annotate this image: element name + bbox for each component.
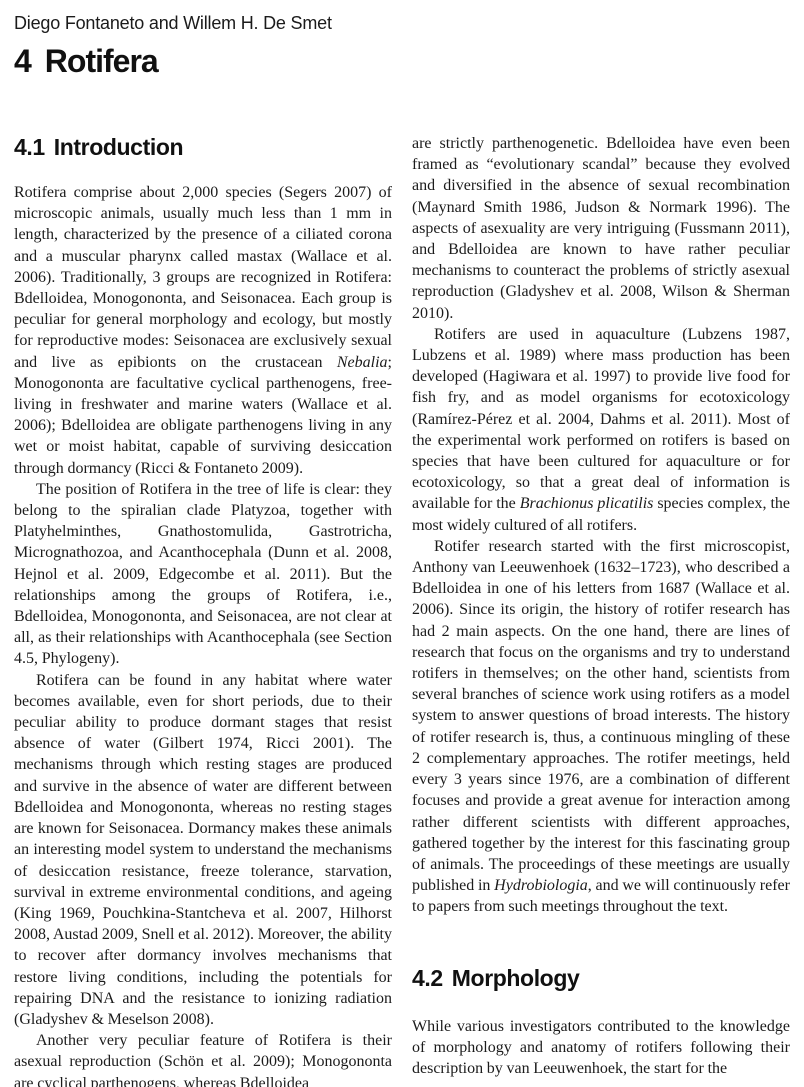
section-number: 4.2 <box>412 965 443 991</box>
left-column: 4.1IntroductionRotifera comprise about 2… <box>14 133 392 1087</box>
page-header: Diego Fontaneto and Willem H. De Smet 4R… <box>0 0 804 80</box>
text-run: ; Monogononta are facultative cyclical p… <box>14 354 392 477</box>
paragraph: Rotifer research started with the first … <box>412 536 790 918</box>
text-run: Another very peculiar feature of Rotifer… <box>14 1032 392 1087</box>
text-run: The position of Rotifera in the tree of … <box>14 481 392 668</box>
chapter-number: 4 <box>14 43 31 79</box>
text-run: Rotifers are used in aquaculture (Lubzen… <box>412 326 790 513</box>
paragraph: are strictly parthenogenetic. Bdelloidea… <box>412 133 790 324</box>
paragraph: The position of Rotifera in the tree of … <box>14 479 392 670</box>
paragraph: While various investigators contributed … <box>412 1016 790 1080</box>
paragraph: Rotifera comprise about 2,000 species (S… <box>14 182 392 479</box>
chapter-title-text: Rotifera <box>45 43 158 79</box>
paragraph: Rotifers are used in aquaculture (Lubzen… <box>412 324 790 536</box>
italic-term: Hydrobiologia <box>494 877 588 894</box>
right-column: are strictly parthenogenetic. Bdelloidea… <box>412 133 790 1079</box>
authors-line: Diego Fontaneto and Willem H. De Smet <box>14 12 790 34</box>
italic-term: Brachionus plicatilis <box>520 495 654 512</box>
section-heading-4-2: 4.2Morphology <box>412 964 790 992</box>
text-run: Rotifer research started with the first … <box>412 538 790 894</box>
section-number: 4.1 <box>14 134 45 160</box>
text-run: While various investigators contributed … <box>412 1018 790 1077</box>
text-run: Rotifera comprise about 2,000 species (S… <box>14 184 392 371</box>
section-title: Morphology <box>452 965 580 991</box>
paragraph: Rotifera can be found in any habitat whe… <box>14 670 392 1030</box>
text-run: Rotifera can be found in any habitat whe… <box>14 672 392 1028</box>
paragraph: Another very peculiar feature of Rotifer… <box>14 1030 392 1087</box>
chapter-title: 4Rotifera <box>14 42 790 80</box>
text-run: are strictly parthenogenetic. Bdelloidea… <box>412 135 790 322</box>
book-page: Diego Fontaneto and Willem H. De Smet 4R… <box>0 0 804 1087</box>
section-heading-4-1: 4.1Introduction <box>14 133 392 161</box>
italic-term: Nebalia <box>337 354 388 371</box>
section-title: Introduction <box>54 134 183 160</box>
two-column-body: 4.1IntroductionRotifera comprise about 2… <box>0 133 804 1087</box>
